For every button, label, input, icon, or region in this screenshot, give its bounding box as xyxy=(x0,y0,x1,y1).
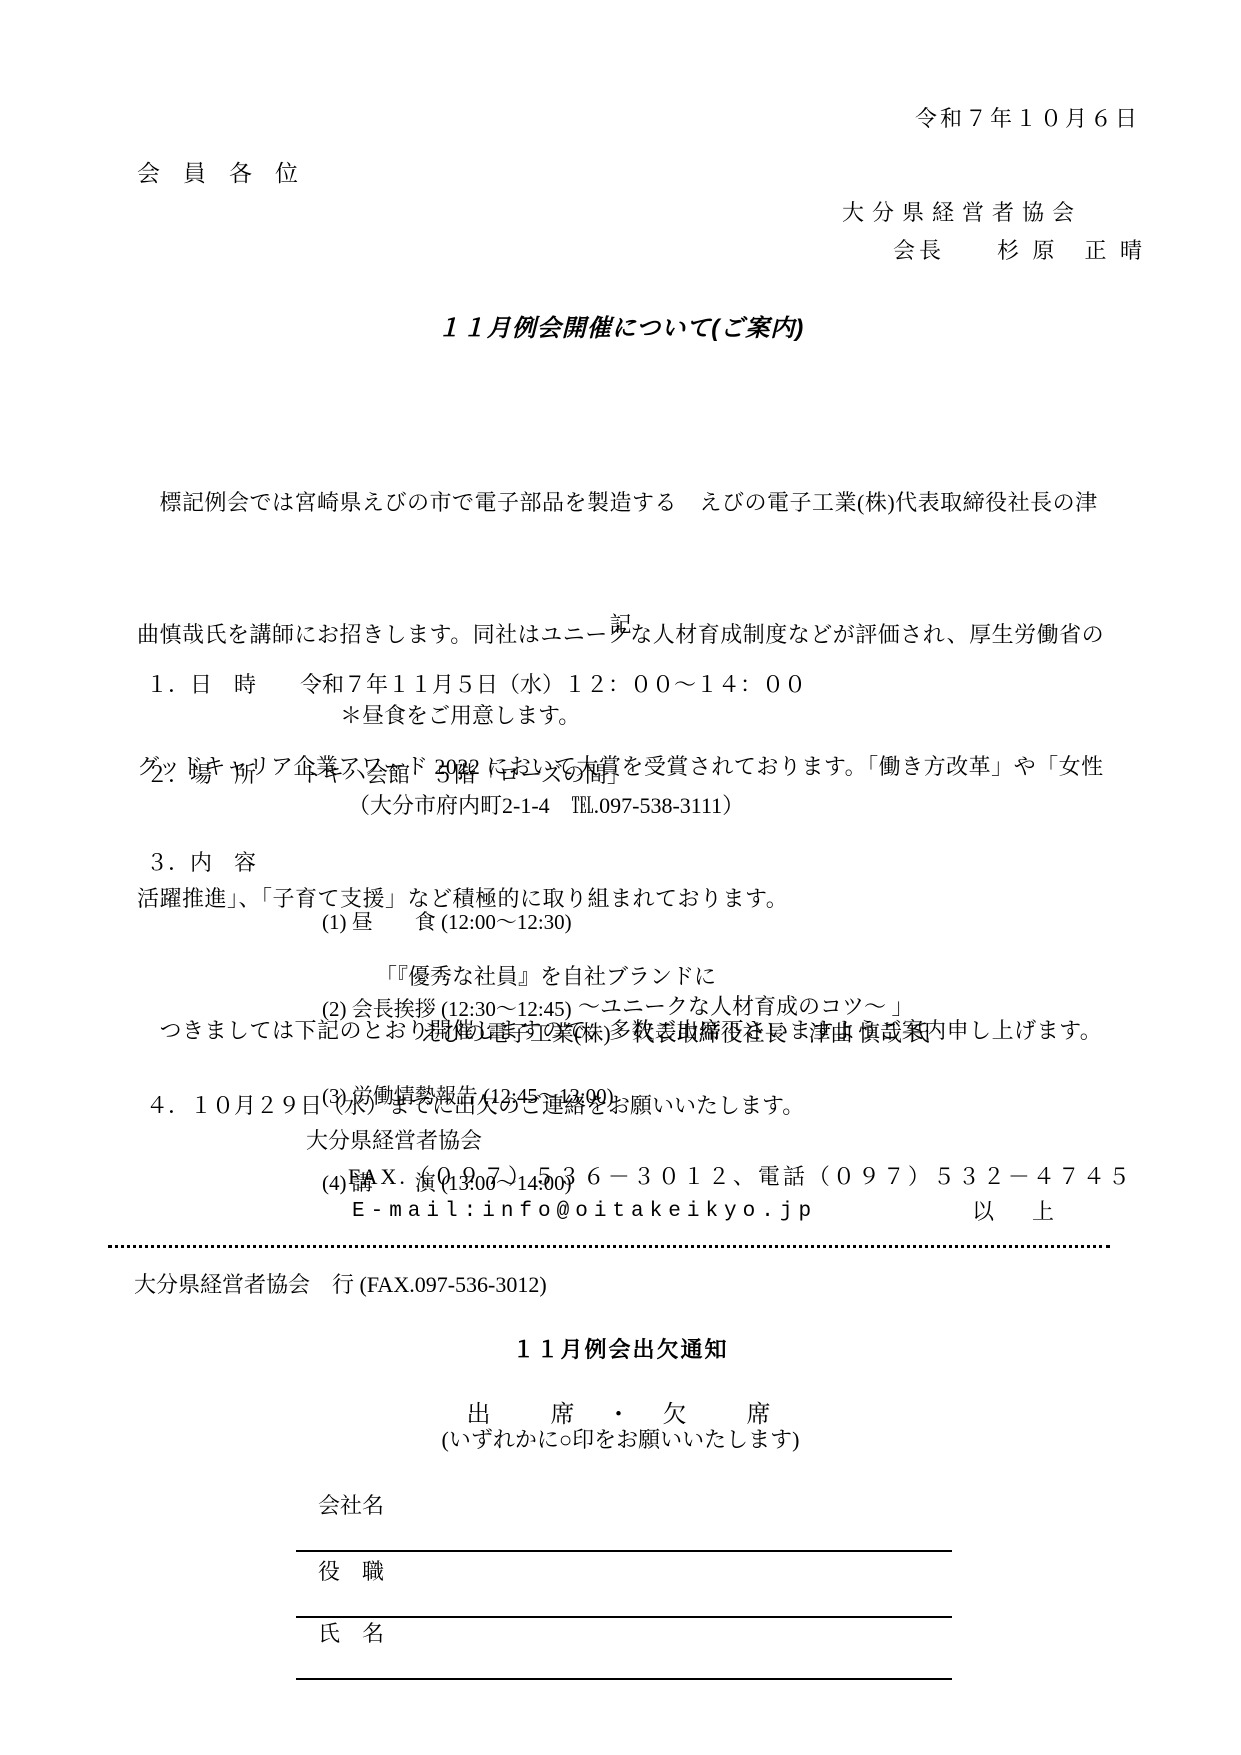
attendance-options: 出 席 ・ 欠 席 xyxy=(0,1394,1241,1429)
item-contents-label: ３．内 容 xyxy=(146,850,256,876)
item-reply-deadline: ４．１０月２９日（水）までに出欠のご連絡をお願いいたします。 xyxy=(146,1093,804,1119)
sender-chairman: 会長 杉 原 正 晴 xyxy=(893,238,1146,264)
item-venue: ２．場 所 トキハ会館 ５階「ローズの間」 xyxy=(146,762,629,788)
schedule-item: (1) 昼 食 (12:00～12:30) xyxy=(322,908,614,937)
person-name-label: 氏 名 xyxy=(318,1621,384,1646)
document-date: 令和７年１０月６日 xyxy=(915,106,1140,132)
company-name-label: 会社名 xyxy=(318,1493,384,1518)
paragraph-line: 活躍推進」、「子育て支援」など積極的に取り組まれております。 xyxy=(137,877,1104,921)
details-heading-ki: 記 xyxy=(0,612,1241,638)
paragraph-line: 標記例会では宮崎県えびの市で電子部品を製造する えびの電子工業(株)代表取締役社… xyxy=(137,481,1104,525)
contact-email: E-mail:info@oitakeikyo.jp xyxy=(352,1200,817,1223)
attendance-instruction: (いずれかに○印をお願いいたします) xyxy=(0,1427,1241,1453)
document-page: 令和７年１０月６日 会 員 各 位 大分県経営者協会 会長 杉 原 正 晴 １１… xyxy=(0,0,1241,1755)
item-datetime: １．日 時 令和７年１１月５日（水）１２：００～１４：００ xyxy=(146,672,806,698)
lecturer-line: えびの電子工業(株) 代表取締役社長 津曲 慎哉 氏 xyxy=(420,1021,930,1047)
schedule-list: (1) 昼 食 (12:00～12:30) (2) 会長挨拶 (12:30～12… xyxy=(322,850,614,1256)
lunch-note: ＊昼食をご用意します。 xyxy=(340,703,580,729)
document-title: １１月例会開催について(ご案内) xyxy=(0,308,1241,343)
fax-addressee-line: 大分県経営者協会 行 (FAX.097-536-3012) xyxy=(134,1272,547,1298)
lecture-title-line2: ～ユニークな人材育成のコツ～ 」 xyxy=(578,994,914,1020)
schedule-item: (2) 会長挨拶 (12:30～12:45) xyxy=(322,995,614,1024)
recipient-line: 会 員 各 位 xyxy=(137,155,298,188)
person-name-field: 氏 名 xyxy=(296,1598,952,1680)
reply-form-title: １１月例会出欠通知 xyxy=(0,1333,1241,1364)
lecture-title-line1: 「『優秀な社員』を自社ブランドに xyxy=(375,964,716,990)
contact-organization: 大分県経営者協会 xyxy=(306,1128,482,1154)
sender-organization: 大分県経営者協会 xyxy=(842,200,1082,226)
dotted-divider xyxy=(108,1225,1110,1248)
venue-address: （大分市府内町2-1-4 ℡.097-538-3111） xyxy=(348,793,744,819)
closing-ijou: 以 上 xyxy=(972,1199,1062,1225)
contact-fax-tel: FAX.（０９７）５３６－３０１２、電話（０９７）５３２－４７４５ xyxy=(348,1164,1133,1190)
position-label: 役 職 xyxy=(318,1559,384,1584)
